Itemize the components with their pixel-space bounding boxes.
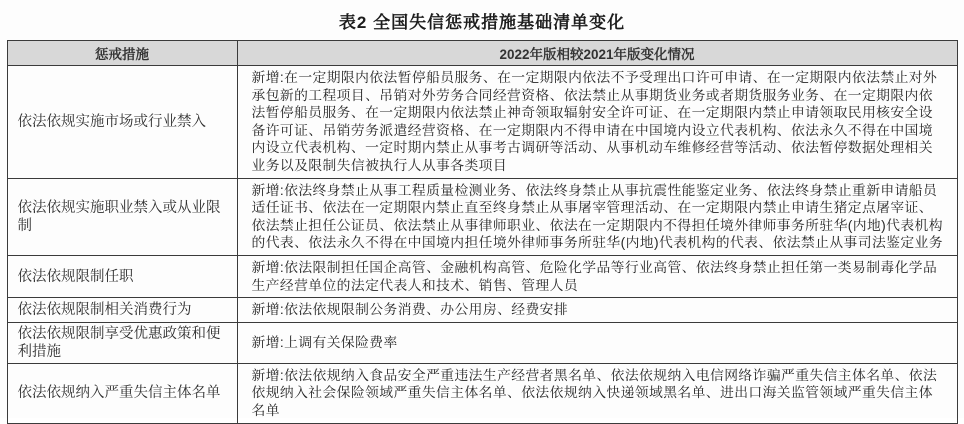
measure-cell: 依法依规限制享受优惠政策和便利措施 (7, 322, 237, 363)
measure-cell: 依法依规纳入严重失信主体名单 (7, 363, 237, 423)
change-cell: 新增:依法限制担任国企高管、金融机构高管、危险化学品等行业高管、依法终身禁止担任… (237, 255, 957, 297)
document-page: 表2 全国失信惩戒措施基础清单变化 惩戒措施 2022年版相较2021年版变化情… (0, 0, 964, 418)
column-header-measure: 惩戒措施 (7, 41, 237, 66)
header-row: 惩戒措施 2022年版相较2021年版变化情况 (7, 41, 957, 66)
table-row: 依法依规实施职业禁入或从业限制 新增:依法终身禁止从事工程质量检测业务、依法终身… (7, 178, 957, 255)
change-cell: 新增:依法依规纳入食品安全严重违法生产经营者黑名单、依法依规纳入电信网络诈骗严重… (237, 363, 957, 423)
measure-cell: 依法依规实施市场或行业禁入 (7, 66, 237, 179)
change-cell: 新增:依法终身禁止从事工程质量检测业务、依法终身禁止从事抗震性能鉴定业务、依法终… (237, 178, 957, 255)
table-row: 依法依规纳入严重失信主体名单 新增:依法依规纳入食品安全严重违法生产经营者黑名单… (7, 363, 957, 423)
table-row: 依法依规限制享受优惠政策和便利措施 新增:上调有关保险费率 (7, 322, 957, 363)
measure-cell: 依法依规实施职业禁入或从业限制 (7, 178, 237, 255)
change-cell: 新增:上调有关保险费率 (237, 322, 957, 363)
table-title: 表2 全国失信惩戒措施基础清单变化 (0, 8, 964, 33)
column-header-change: 2022年版相较2021年版变化情况 (237, 41, 957, 66)
punishment-measures-table: 惩戒措施 2022年版相较2021年版变化情况 依法依规实施市场或行业禁入 新增… (7, 40, 958, 424)
table-row: 依法依规限制相关消费行为 新增:依法依规限制公务消费、办公用房、经费安排 (7, 298, 957, 323)
measure-cell: 依法依规限制任职 (7, 255, 237, 297)
table-row: 依法依规限制任职 新增:依法限制担任国企高管、金融机构高管、危险化学品等行业高管… (7, 255, 957, 297)
measure-cell: 依法依规限制相关消费行为 (7, 298, 237, 323)
change-cell: 新增:在一定期限内依法暂停船员服务、在一定期限内依法不予受理出口许可申请、在一定… (237, 66, 957, 179)
change-cell: 新增:依法依规限制公务消费、办公用房、经费安排 (237, 298, 957, 323)
table-row: 依法依规实施市场或行业禁入 新增:在一定期限内依法暂停船员服务、在一定期限内依法… (7, 66, 957, 179)
